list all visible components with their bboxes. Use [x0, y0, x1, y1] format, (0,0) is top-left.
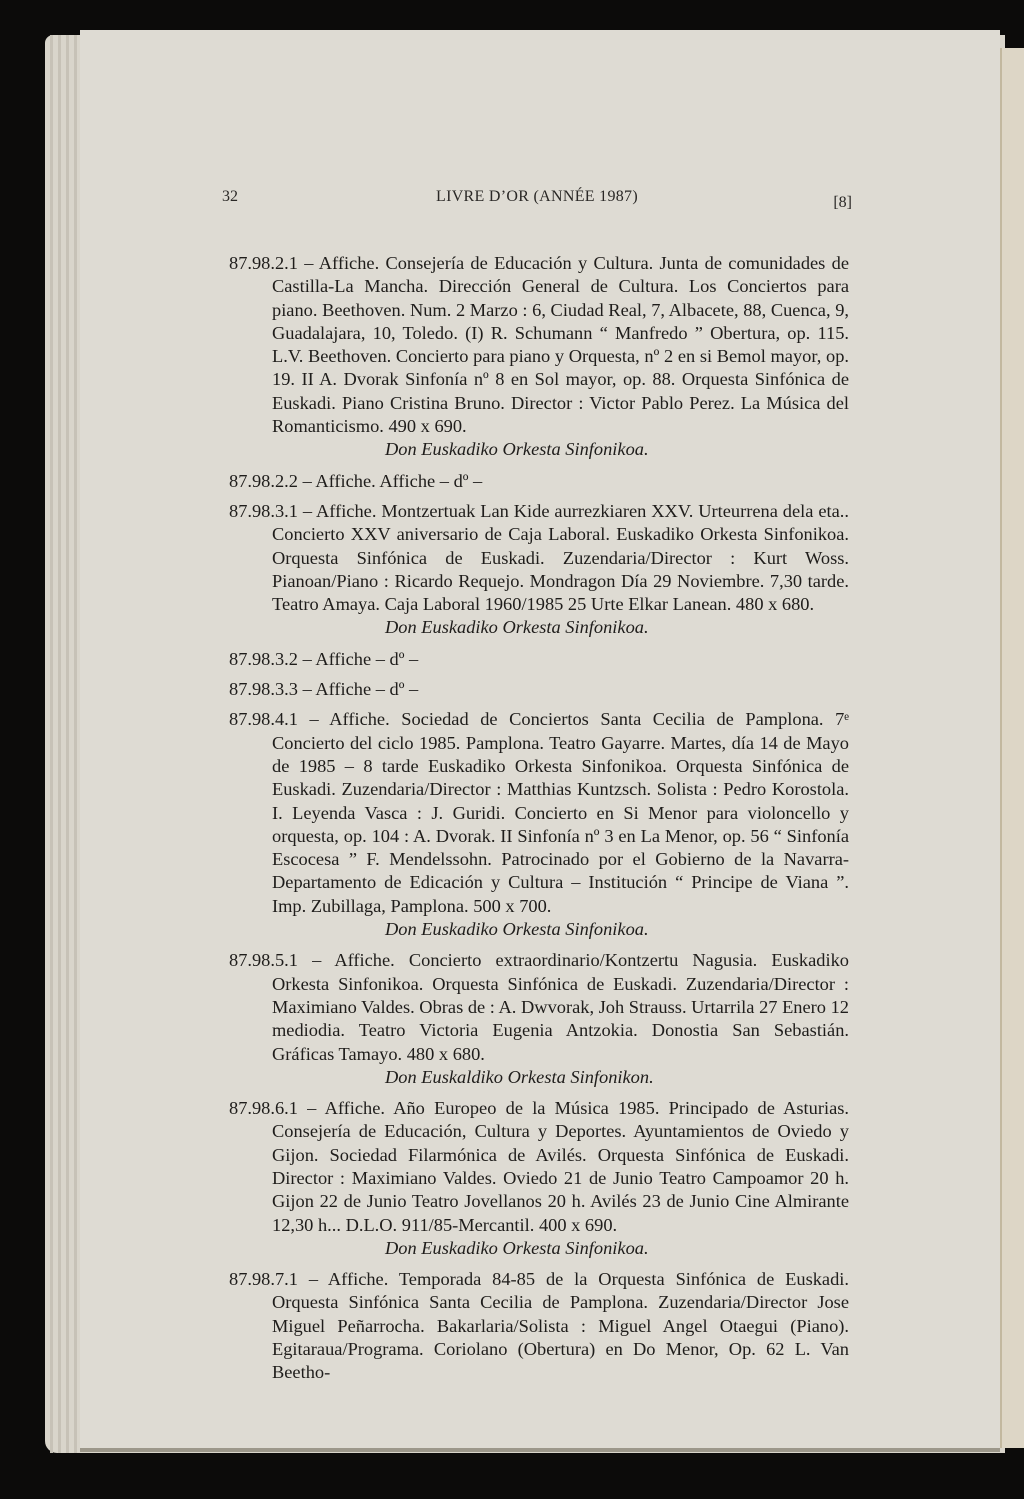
entry-text: 87.98.6.1 – Affiche. Año Europeo de la M… — [229, 1098, 849, 1234]
catalogue-entries: 87.98.2.1 – Affiche. Consejería de Educa… — [229, 252, 849, 1393]
entry-donor: Don Euskaldiko Orkesta Sinfonikon. — [272, 1066, 849, 1089]
entry-87-98-3-2: 87.98.3.2 – Affiche – dº – — [229, 648, 849, 671]
entry-text: 87.98.2.1 – Affiche. Consejería de Educa… — [229, 253, 849, 436]
section-marker: [8] — [833, 194, 852, 212]
entry-text: 87.98.3.2 – Affiche – dº – — [229, 649, 418, 669]
entry-87-98-3-3: 87.98.3.3 – Affiche – dº – — [229, 678, 849, 701]
entry-donor: Don Euskadiko Orkesta Sinfonikoa. — [272, 918, 849, 941]
entry-87-98-4-1: 87.98.4.1 – Affiche. Sociedad de Concier… — [229, 708, 849, 941]
entry-text: 87.98.4.1 – Affiche. Sociedad de Concier… — [229, 709, 849, 915]
entry-87-98-5-1: 87.98.5.1 – Affiche. Concierto extraordi… — [229, 949, 849, 1089]
entry-87-98-6-1: 87.98.6.1 – Affiche. Año Europeo de la M… — [229, 1097, 849, 1260]
entry-donor: Don Euskadiko Orkesta Sinfonikoa. — [272, 1237, 849, 1260]
page-edge — [66, 35, 69, 1453]
entry-87-98-2-2: 87.98.2.2 – Affiche. Affiche – dº – — [229, 470, 849, 493]
page-title: LIVRE D’OR (ANNÉE 1987) — [222, 188, 852, 206]
entry-87-98-2-1: 87.98.2.1 – Affiche. Consejería de Educa… — [229, 252, 849, 462]
entry-87-98-3-1: 87.98.3.1 – Affiche. Montzertuak Lan Kid… — [229, 500, 849, 640]
facing-page-edge — [1000, 48, 1024, 1448]
entry-text: 87.98.5.1 – Affiche. Concierto extraordi… — [229, 950, 849, 1063]
entry-donor: Don Euskadiko Orkesta Sinfonikoa. — [272, 616, 849, 639]
entry-87-98-7-1: 87.98.7.1 – Affiche. Temporada 84-85 de … — [229, 1268, 849, 1384]
entry-text: 87.98.7.1 – Affiche. Temporada 84-85 de … — [229, 1269, 849, 1382]
page-edge — [74, 35, 77, 1453]
entry-text: 87.98.3.1 – Affiche. Montzertuak Lan Kid… — [229, 501, 849, 614]
page-edge — [50, 35, 53, 1453]
entry-text: 87.98.2.2 – Affiche. Affiche – dº – — [229, 471, 482, 491]
entry-text: 87.98.3.3 – Affiche – dº – — [229, 679, 418, 699]
entry-donor: Don Euskadiko Orkesta Sinfonikoa. — [272, 438, 849, 461]
page-edge — [58, 35, 61, 1453]
